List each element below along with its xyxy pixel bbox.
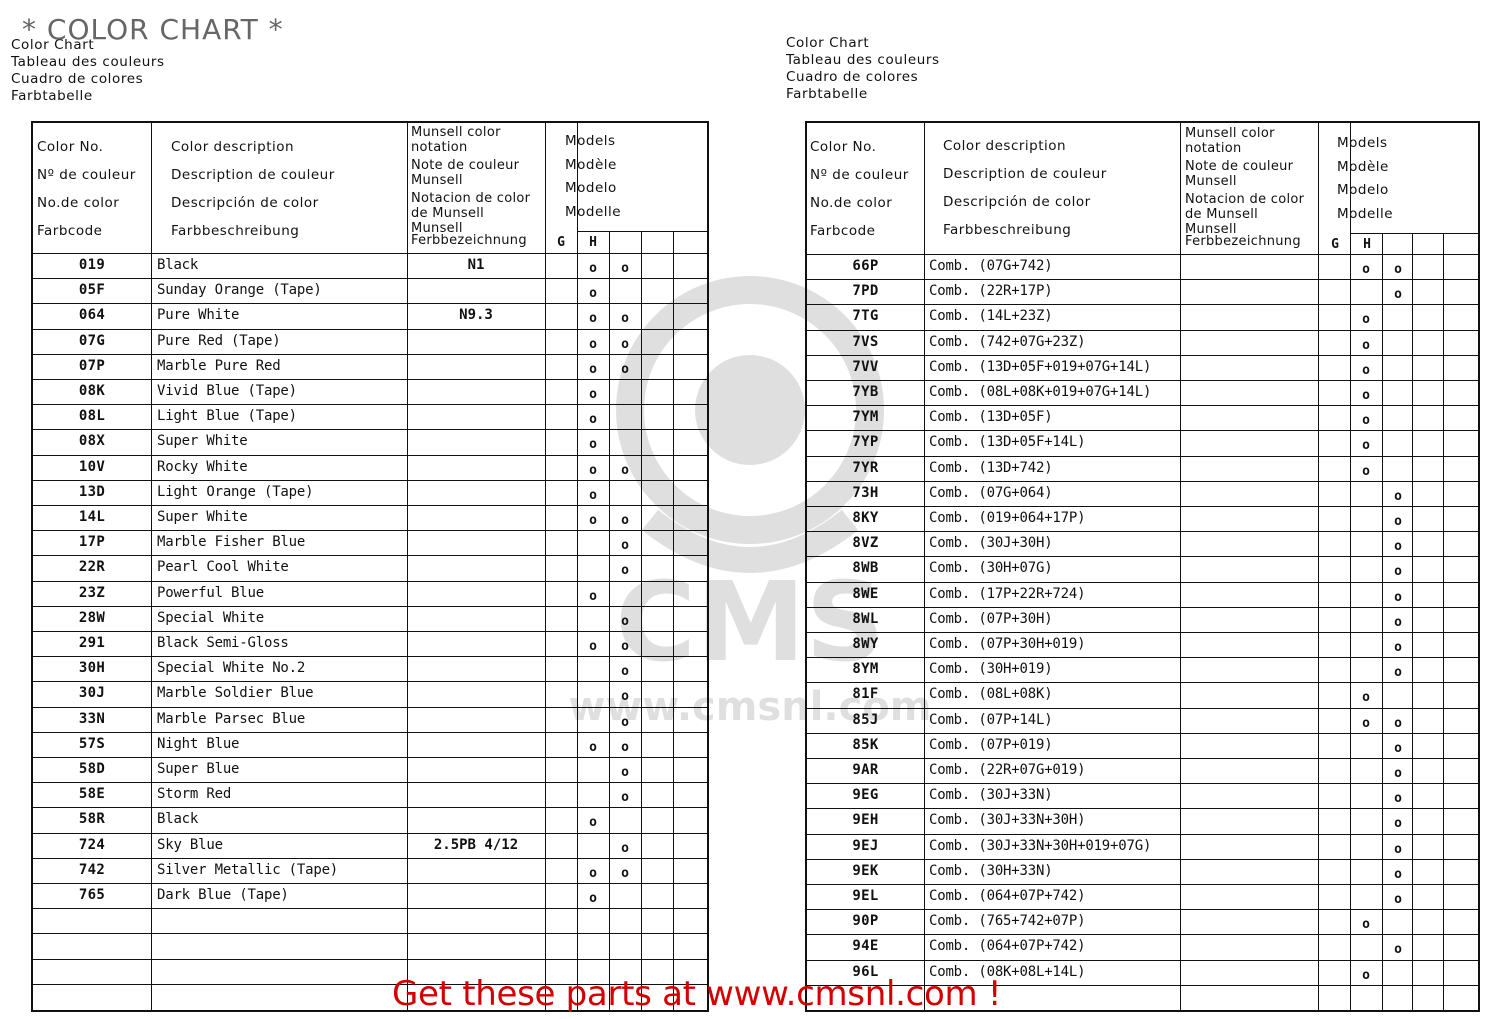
row-divider — [807, 355, 1478, 356]
color-description: Comb. (30J+33N+30H+019+07G) — [929, 834, 1151, 859]
color-code: 30J — [33, 681, 151, 706]
page-title: * COLOR CHART * — [22, 12, 284, 48]
color-description: Sky Blue — [157, 833, 223, 858]
row-divider — [33, 329, 707, 330]
column-divider — [407, 123, 408, 1010]
column-divider — [1318, 123, 1319, 1010]
table-row: 30HSpecial White No.2o — [33, 656, 707, 681]
color-code: 08X — [33, 429, 151, 454]
table-row: 81FComb. (08L+08K)o — [807, 682, 1478, 707]
table-row: 8VZComb. (30J+30H)o — [807, 531, 1478, 556]
column-divider — [924, 123, 925, 1010]
color-description: Comb. (07P+30H) — [929, 607, 1052, 632]
table-row: 57SNight Blueoo — [33, 732, 707, 757]
table-row: 28WSpecial Whiteo — [33, 606, 707, 631]
header-line: Munsell — [1185, 174, 1304, 189]
header-line: Modelo — [565, 177, 621, 201]
color-description: Marble Pure Red — [157, 354, 280, 379]
color-description: Comb. (13D+742) — [929, 456, 1052, 481]
color-description: Night Blue — [157, 732, 239, 757]
row-divider — [807, 632, 1478, 633]
color-code: 58E — [33, 782, 151, 807]
color-table-right: Color No. Nº de couleur No.de color Farb… — [805, 121, 1480, 1012]
row-divider — [807, 279, 1478, 280]
row-divider — [807, 304, 1478, 305]
row-divider — [33, 505, 707, 506]
table-row: 765Dark Blue (Tape)o — [33, 883, 707, 908]
row-divider — [807, 808, 1478, 809]
subtitle-line: Farbtabelle — [11, 88, 165, 105]
row-divider — [33, 379, 707, 380]
table-row: 13DLight Orange (Tape)o — [33, 480, 707, 505]
color-code: 7VS — [807, 330, 924, 355]
color-description: Comb. (30J+33N+30H) — [929, 808, 1085, 833]
table-row: 08KVivid Blue (Tape)o — [33, 379, 707, 404]
color-description: Special White — [157, 606, 264, 631]
table-row: 9EHComb. (30J+33N+30H)o — [807, 808, 1478, 833]
color-description: Super Blue — [157, 757, 239, 782]
color-code: 7PD — [807, 279, 924, 304]
color-description: Comb. (07G+742) — [929, 254, 1052, 279]
color-description: Light Blue (Tape) — [157, 404, 297, 429]
header-line: No.de color — [810, 189, 909, 217]
header-line: Ferbbezeichnung — [1185, 236, 1304, 248]
row-divider — [33, 933, 707, 934]
table-row: 7PDComb. (22R+17P)o — [807, 279, 1478, 304]
model-col-h: H — [577, 235, 609, 250]
table-row: 05FSunday Orange (Tape)o — [33, 278, 707, 303]
column-divider — [609, 231, 610, 1010]
table-row: 291Black Semi-Glossoo — [33, 631, 707, 656]
table-row: 07GPure Red (Tape)oo — [33, 329, 707, 354]
row-divider — [807, 481, 1478, 482]
row-divider — [807, 783, 1478, 784]
row-divider — [33, 707, 707, 708]
row-divider — [807, 733, 1478, 734]
color-code: 10V — [33, 455, 151, 480]
column-divider — [151, 123, 152, 1010]
row-divider — [33, 833, 707, 834]
color-code: 064 — [33, 303, 151, 328]
header-line: Munsell — [411, 173, 530, 188]
header-line: Modèle — [1337, 156, 1393, 180]
header-line: Farbcode — [37, 217, 136, 245]
row-divider — [33, 631, 707, 632]
color-description: Black Semi-Gloss — [157, 631, 289, 656]
color-code: 85K — [807, 733, 924, 758]
color-code: 57S — [33, 732, 151, 757]
table-row: 064Pure WhiteN9.3oo — [33, 303, 707, 328]
color-code: 9AR — [807, 758, 924, 783]
header-line: Descripción de color — [943, 188, 1107, 216]
color-description: Marble Parsec Blue — [157, 707, 305, 732]
color-description: Silver Metallic (Tape) — [157, 858, 338, 883]
subtitle-right: Color Chart Tableau des couleurs Cuadro … — [786, 35, 940, 103]
color-code: 8YM — [807, 657, 924, 682]
color-description: Dark Blue (Tape) — [157, 883, 289, 908]
color-description: Sunday Orange (Tape) — [157, 278, 322, 303]
table-row: 019BlackN1oo — [33, 253, 707, 278]
row-divider — [807, 430, 1478, 431]
color-code: 81F — [807, 682, 924, 707]
table-row: 7YBComb. (08L+08K+019+07G+14L)o — [807, 380, 1478, 405]
header-line: Color No. — [810, 133, 909, 161]
color-code: 33N — [33, 707, 151, 732]
model-col-g: G — [545, 235, 577, 250]
table-row: 10VRocky Whiteoo — [33, 455, 707, 480]
color-description: Pure White — [157, 303, 239, 328]
color-description: Pearl Cool White — [157, 555, 289, 580]
table-row: 9EKComb. (30H+33N)o — [807, 859, 1478, 884]
header-line: Modelle — [565, 201, 621, 225]
color-code: 724 — [33, 833, 151, 858]
column-divider — [673, 231, 674, 1010]
table-row: 7YRComb. (13D+742)o — [807, 456, 1478, 481]
color-description: Black — [157, 253, 198, 278]
color-code: 58D — [33, 757, 151, 782]
color-description: Comb. (08L+08K) — [929, 682, 1052, 707]
color-code: 7VV — [807, 355, 924, 380]
header-line: Description de couleur — [943, 160, 1107, 188]
row-divider — [807, 960, 1478, 961]
color-code: 742 — [33, 858, 151, 883]
header-line: Munsell color — [1185, 126, 1304, 141]
subtitle-line: Tableau des couleurs — [786, 52, 940, 69]
color-code: 28W — [33, 606, 151, 631]
row-divider — [577, 231, 707, 232]
header-color-no: Color No. Nº de couleur No.de color Farb… — [810, 133, 909, 245]
color-code: 17P — [33, 530, 151, 555]
subtitle-line: Tableau des couleurs — [11, 54, 165, 71]
row-divider — [33, 757, 707, 758]
header-line: de Munsell — [1185, 207, 1304, 222]
row-divider — [807, 380, 1478, 381]
row-divider — [33, 278, 707, 279]
color-code: 9EH — [807, 808, 924, 833]
row-divider — [807, 330, 1478, 331]
table-row: 08XSuper Whiteo — [33, 429, 707, 454]
row-divider — [33, 606, 707, 607]
table-row: 14LSuper Whiteoo — [33, 505, 707, 530]
table-row: 8WLComb. (07P+30H)o — [807, 607, 1478, 632]
table-row: 742Silver Metallic (Tape)oo — [33, 858, 707, 883]
header-line: Note de couleur — [411, 158, 530, 173]
color-description: Comb. (064+07P+742) — [929, 884, 1085, 909]
model-col-g: G — [1319, 237, 1351, 252]
table-row: 7VVComb. (13D+05F+019+07G+14L)o — [807, 355, 1478, 380]
model-col-h: H — [1351, 237, 1383, 252]
header-line: Models — [565, 130, 621, 154]
color-code: 7YB — [807, 380, 924, 405]
row-divider — [807, 758, 1478, 759]
row-divider — [33, 530, 707, 531]
row-divider — [807, 909, 1478, 910]
row-divider — [807, 934, 1478, 935]
color-description: Comb. (07G+064) — [929, 481, 1052, 506]
color-code: 05F — [33, 278, 151, 303]
header-line: Modèle — [565, 154, 621, 178]
table-row — [33, 933, 707, 958]
header-munsell: Munsell color notation Note de couleur M… — [1185, 126, 1304, 248]
row-divider — [33, 253, 707, 254]
subtitle-line: Cuadro de colores — [11, 71, 165, 88]
column-divider — [1350, 123, 1351, 1010]
row-divider — [807, 556, 1478, 557]
row-divider — [33, 303, 707, 304]
color-description: Marble Fisher Blue — [157, 530, 305, 555]
header-line: Description de couleur — [171, 161, 335, 189]
column-divider — [641, 231, 642, 1010]
row-divider — [33, 883, 707, 884]
color-description: Comb. (30H+33N) — [929, 859, 1052, 884]
color-description: Comb. (30H+07G) — [929, 556, 1052, 581]
color-description: Comb. (30H+019) — [929, 657, 1052, 682]
color-code: 22R — [33, 555, 151, 580]
header-line: Notacion de color — [1185, 192, 1304, 207]
header-line: Nº de couleur — [810, 161, 909, 189]
table-row: 90PComb. (765+742+07P)o — [807, 909, 1478, 934]
header-line: de Munsell — [411, 206, 530, 221]
table-row: 66PComb. (07G+742)oo — [807, 254, 1478, 279]
color-description: Comb. (13D+05F+14L) — [929, 430, 1085, 455]
header-line: Color description — [171, 133, 335, 161]
color-description: Comb. (07P+14L) — [929, 708, 1052, 733]
color-code: 8WY — [807, 632, 924, 657]
header-munsell: Munsell color notation Note de couleur M… — [411, 125, 530, 247]
table-row: 724Sky Blue2.5PB 4/12o — [33, 833, 707, 858]
header-line: Ferbbezeichnung — [411, 235, 530, 247]
header-line: Farbbeschreibung — [171, 217, 335, 245]
subtitle-line: Cuadro de colores — [786, 69, 940, 86]
table-row: 07PMarble Pure Redoo — [33, 354, 707, 379]
color-code: 8VZ — [807, 531, 924, 556]
row-divider — [807, 884, 1478, 885]
table-row: 8WYComb. (07P+30H+019)o — [807, 632, 1478, 657]
color-description: Comb. (07P+019) — [929, 733, 1052, 758]
color-code: 9EJ — [807, 834, 924, 859]
table-row: 9ARComb. (22R+07G+019)o — [807, 758, 1478, 783]
table-row: 7YPComb. (13D+05F+14L)o — [807, 430, 1478, 455]
color-description: Comb. (13D+05F+019+07G+14L) — [929, 355, 1151, 380]
color-code: 8WE — [807, 582, 924, 607]
munsell-notation: N1 — [407, 253, 545, 278]
header-line: notation — [411, 140, 530, 155]
color-description: Comb. (22R+07G+019) — [929, 758, 1085, 783]
color-code: 8WL — [807, 607, 924, 632]
table-row: 8WBComb. (30H+07G)o — [807, 556, 1478, 581]
color-code: 14L — [33, 505, 151, 530]
row-divider — [807, 254, 1478, 255]
color-description: Marble Soldier Blue — [157, 681, 313, 706]
header-color-description: Color description Description de couleur… — [171, 133, 335, 245]
color-code: 7YM — [807, 405, 924, 430]
column-divider — [1412, 233, 1413, 1010]
row-divider — [33, 354, 707, 355]
row-divider — [33, 555, 707, 556]
table-row: 9EJComb. (30J+33N+30H+019+07G)o — [807, 834, 1478, 859]
table-row: 7VSComb. (742+07G+23Z)o — [807, 330, 1478, 355]
color-description: Comb. (14L+23Z) — [929, 304, 1052, 329]
header-models: Models Modèle Modelo Modelle — [565, 130, 621, 224]
row-divider — [33, 404, 707, 405]
table-row: 08LLight Blue (Tape)o — [33, 404, 707, 429]
color-code: 7TG — [807, 304, 924, 329]
row-divider — [807, 506, 1478, 507]
row-divider — [33, 732, 707, 733]
color-description: Vivid Blue (Tape) — [157, 379, 297, 404]
header-line: Munsell color — [411, 125, 530, 140]
color-code: 9EK — [807, 859, 924, 884]
header-line: notation — [1185, 141, 1304, 156]
color-description: Powerful Blue — [157, 581, 264, 606]
table-row: 58DSuper Blueo — [33, 757, 707, 782]
color-code: 8WB — [807, 556, 924, 581]
row-divider — [807, 708, 1478, 709]
subtitle-line: Farbtabelle — [786, 86, 940, 103]
color-description: Comb. (064+07P+742) — [929, 934, 1085, 959]
row-divider — [807, 582, 1478, 583]
table-row: 73HComb. (07G+064)o — [807, 481, 1478, 506]
column-divider — [1180, 123, 1181, 1010]
header-line: Color No. — [37, 133, 136, 161]
row-divider — [807, 607, 1478, 608]
row-divider — [33, 959, 707, 960]
color-description: Comb. (07P+30H+019) — [929, 632, 1085, 657]
table-row: 8YMComb. (30H+019)o — [807, 657, 1478, 682]
header-line: Notacion de color — [411, 191, 530, 206]
row-divider — [33, 782, 707, 783]
color-code: 019 — [33, 253, 151, 278]
color-code: 7YP — [807, 430, 924, 455]
row-divider — [33, 807, 707, 808]
color-code: 90P — [807, 909, 924, 934]
header-color-no: Color No. Nº de couleur No.de color Farb… — [37, 133, 136, 245]
row-divider — [1350, 233, 1478, 234]
header-line: Descripción de color — [171, 189, 335, 217]
color-code: 08K — [33, 379, 151, 404]
color-description: Comb. (17P+22R+724) — [929, 582, 1085, 607]
color-code: 73H — [807, 481, 924, 506]
header-line: Color description — [943, 132, 1107, 160]
row-divider — [807, 657, 1478, 658]
color-description: Rocky White — [157, 455, 248, 480]
header-models: Models Modèle Modelo Modelle — [1337, 132, 1393, 226]
color-code: 08L — [33, 404, 151, 429]
color-code: 23Z — [33, 581, 151, 606]
row-divider — [807, 682, 1478, 683]
row-divider — [33, 908, 707, 909]
color-code: 07G — [33, 329, 151, 354]
row-divider — [33, 480, 707, 481]
color-description: Comb. (019+064+17P) — [929, 506, 1085, 531]
color-code: 7YR — [807, 456, 924, 481]
color-code: 30H — [33, 656, 151, 681]
table-row: 23ZPowerful Blueo — [33, 581, 707, 606]
header-line: Models — [1337, 132, 1393, 156]
color-description: Comb. (30J+30H) — [929, 531, 1052, 556]
table-row: 8WEComb. (17P+22R+724)o — [807, 582, 1478, 607]
color-description: Super White — [157, 505, 248, 530]
table-row: 85KComb. (07P+019)o — [807, 733, 1478, 758]
subtitle-line: Color Chart — [786, 35, 940, 52]
row-divider — [807, 456, 1478, 457]
color-description: Super White — [157, 429, 248, 454]
column-divider — [577, 123, 578, 1010]
header-color-description: Color description Description de couleur… — [943, 132, 1107, 244]
table-row: 7YMComb. (13D+05F)o — [807, 405, 1478, 430]
color-code: 94E — [807, 934, 924, 959]
row-divider — [33, 429, 707, 430]
color-description: Comb. (08L+08K+019+07G+14L) — [929, 380, 1151, 405]
column-divider — [545, 123, 546, 1010]
color-code: 8KY — [807, 506, 924, 531]
row-divider — [33, 858, 707, 859]
table-row: 58EStorm Redo — [33, 782, 707, 807]
color-description: Storm Red — [157, 782, 231, 807]
table-row: 85JComb. (07P+14L)oo — [807, 708, 1478, 733]
color-code: 765 — [33, 883, 151, 908]
color-code: 13D — [33, 480, 151, 505]
munsell-notation: 2.5PB 4/12 — [407, 833, 545, 858]
color-description: Comb. (742+07G+23Z) — [929, 330, 1085, 355]
row-divider — [33, 681, 707, 682]
color-description: Pure Red (Tape) — [157, 329, 280, 354]
color-table-left: Color No. Nº de couleur No.de color Farb… — [31, 121, 709, 1012]
table-row: 9EGComb. (30J+33N)o — [807, 783, 1478, 808]
color-description: Comb. (22R+17P) — [929, 279, 1052, 304]
column-divider — [1382, 233, 1383, 1010]
color-description: Comb. (13D+05F) — [929, 405, 1052, 430]
color-code: 9EG — [807, 783, 924, 808]
header-line: No.de color — [37, 189, 136, 217]
row-divider — [807, 834, 1478, 835]
row-divider — [807, 405, 1478, 406]
row-divider — [33, 581, 707, 582]
color-code: 85J — [807, 708, 924, 733]
header-line: Farbbeschreibung — [943, 216, 1107, 244]
table-row: 94EComb. (064+07P+742)o — [807, 934, 1478, 959]
color-description: Black — [157, 807, 198, 832]
color-description: Comb. (765+742+07P) — [929, 909, 1085, 934]
color-description: Light Orange (Tape) — [157, 480, 313, 505]
table-row — [33, 908, 707, 933]
table-row: 9ELComb. (064+07P+742)o — [807, 884, 1478, 909]
table-row: 58RBlacko — [33, 807, 707, 832]
color-description: Comb. (30J+33N) — [929, 783, 1052, 808]
table-row: 8KYComb. (019+064+17P)o — [807, 506, 1478, 531]
color-code: 07P — [33, 354, 151, 379]
header-line: Farbcode — [810, 217, 909, 245]
color-code: 58R — [33, 807, 151, 832]
header-line: Note de couleur — [1185, 159, 1304, 174]
row-divider — [807, 859, 1478, 860]
row-divider — [33, 656, 707, 657]
table-row: 22RPearl Cool Whiteo — [33, 555, 707, 580]
header-line: Nº de couleur — [37, 161, 136, 189]
color-description: Special White No.2 — [157, 656, 305, 681]
color-code: 66P — [807, 254, 924, 279]
row-divider — [807, 531, 1478, 532]
promo-banner-link[interactable]: Get these parts at www.cmsnl.com ! — [392, 974, 1001, 1014]
table-row: 30JMarble Soldier Blueo — [33, 681, 707, 706]
color-code: 291 — [33, 631, 151, 656]
table-row: 33NMarble Parsec Blueo — [33, 707, 707, 732]
color-code: 9EL — [807, 884, 924, 909]
header-line: Modelle — [1337, 203, 1393, 227]
table-row: 7TGComb. (14L+23Z)o — [807, 304, 1478, 329]
row-divider — [33, 455, 707, 456]
header-line: Modelo — [1337, 179, 1393, 203]
